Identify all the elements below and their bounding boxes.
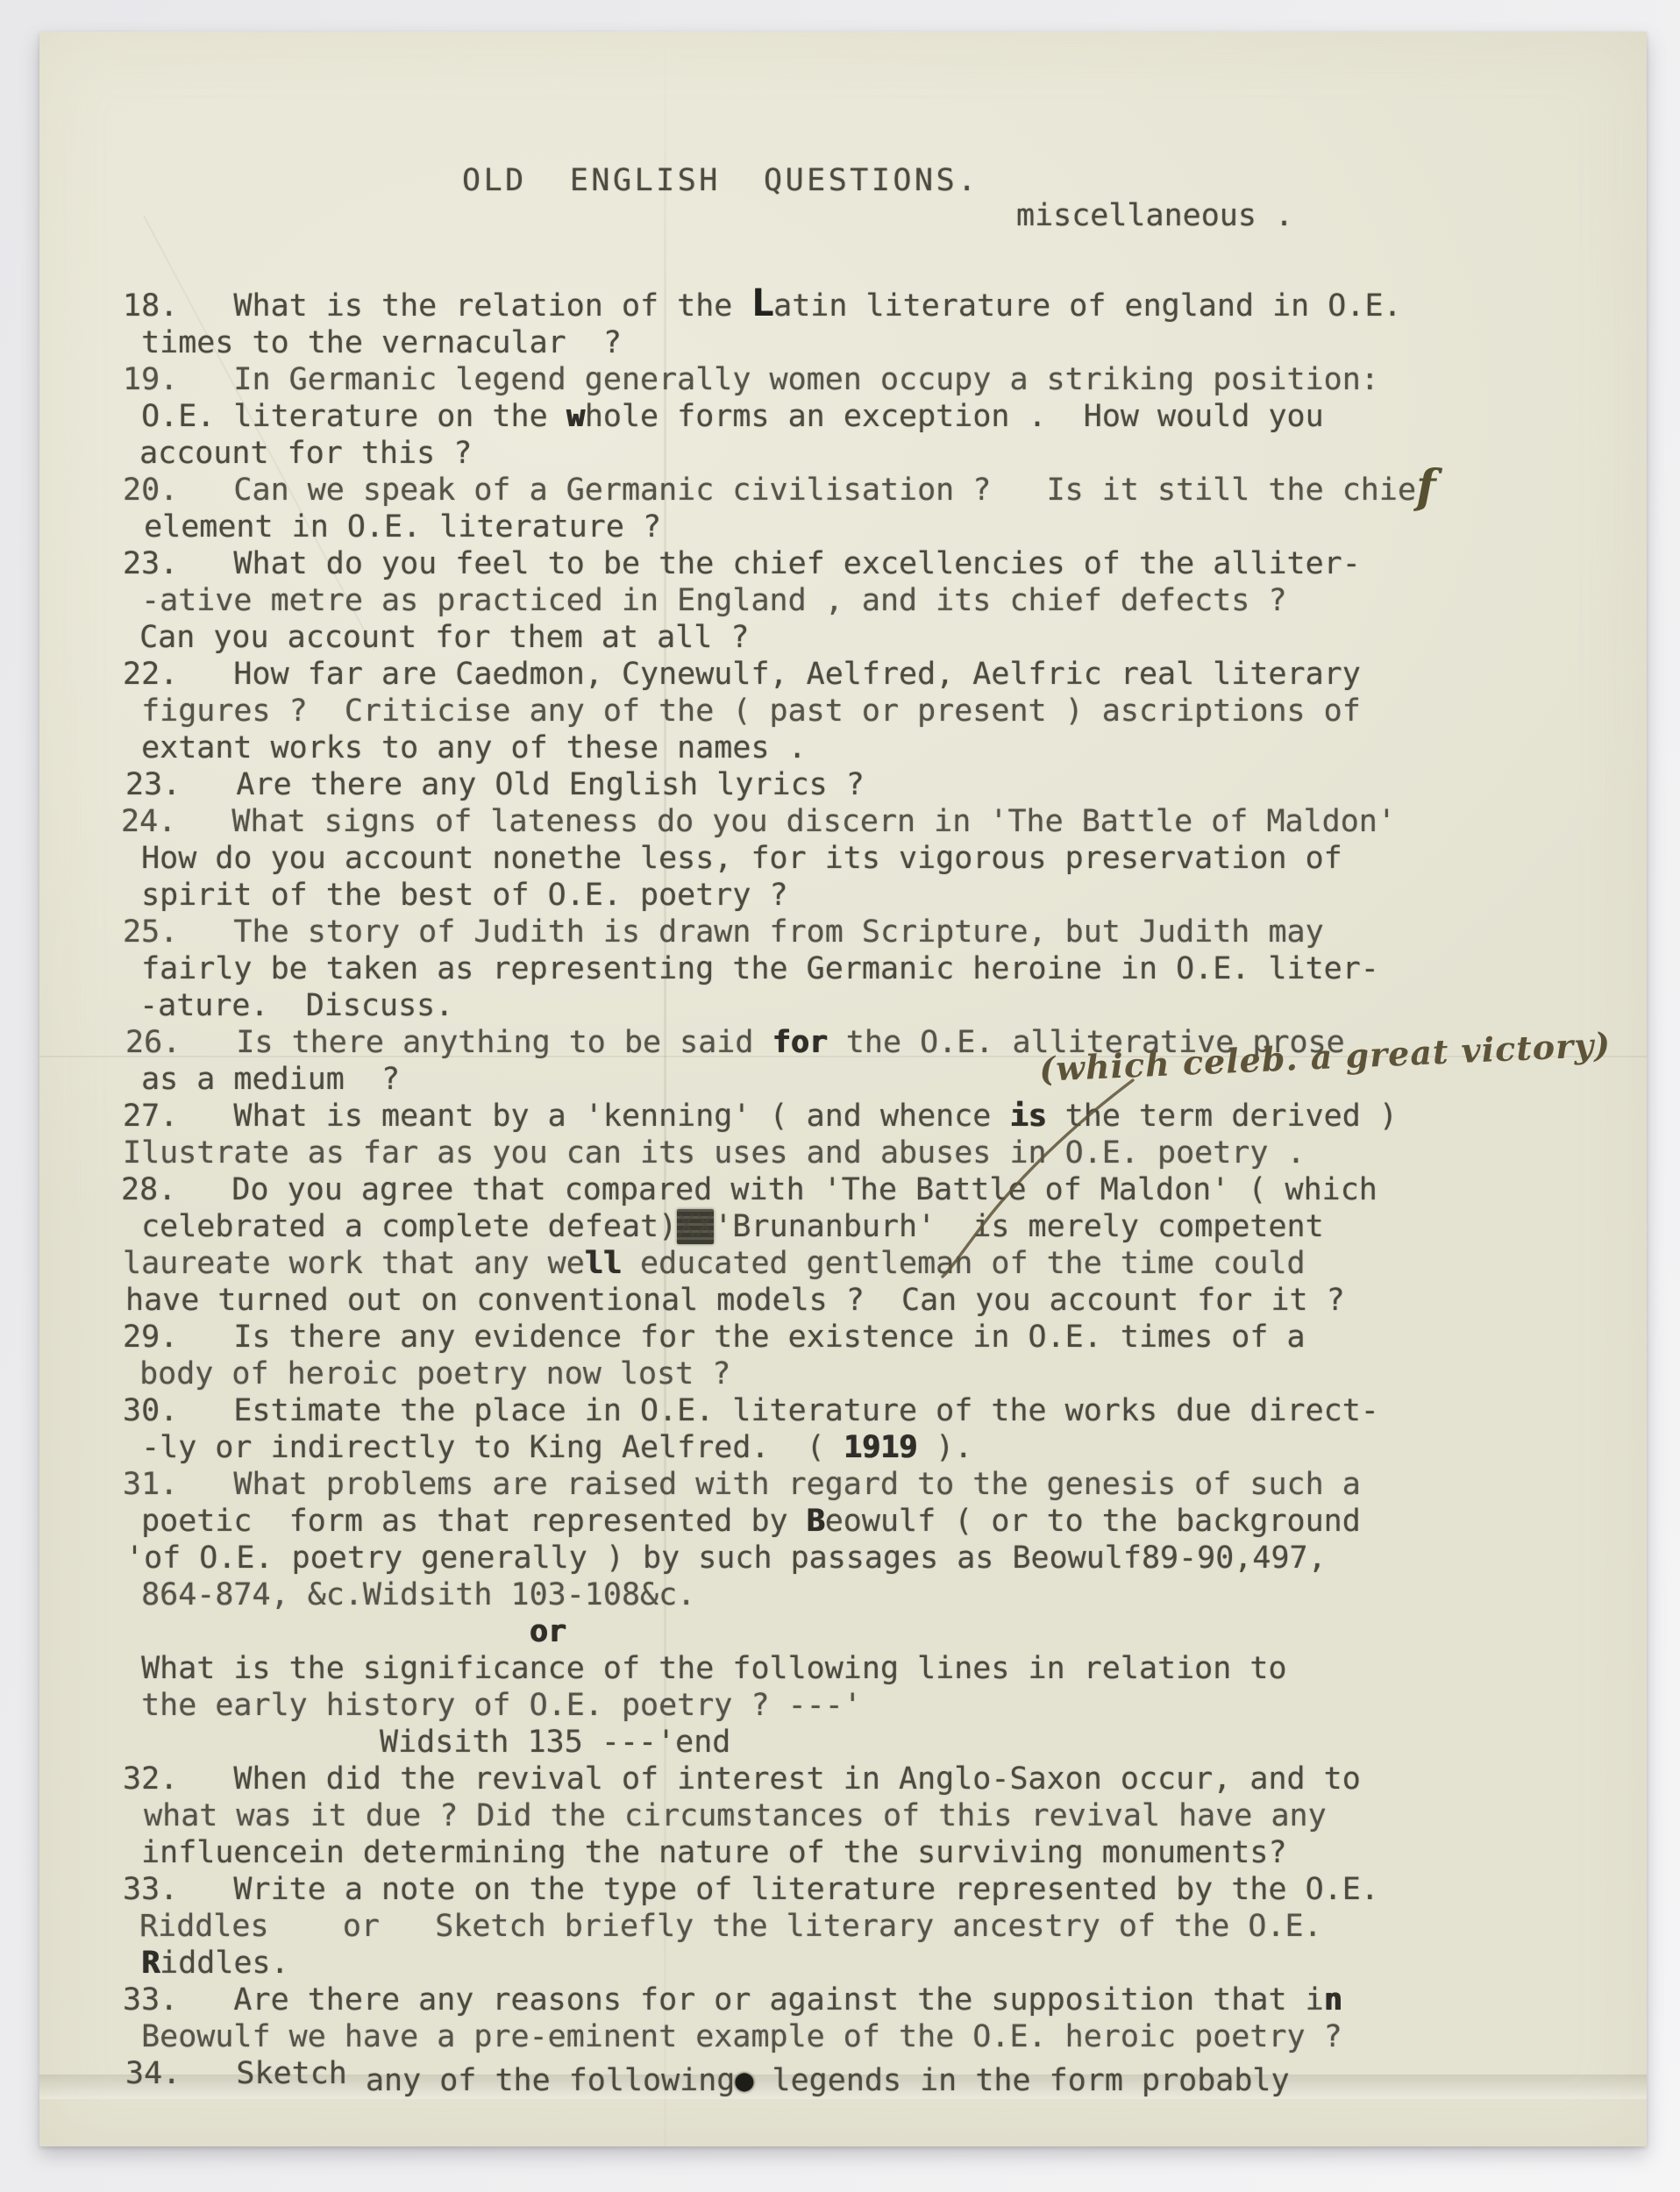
typed-segment-drop: legends in the form probably bbox=[753, 2062, 1289, 2099]
typed-line: O.E. literature on the whole forms an ex… bbox=[123, 398, 1436, 435]
typed-segment: celebrated a complete defeat) bbox=[123, 1209, 677, 1244]
typed-line: 20. Can we speak of a Germanic civilisat… bbox=[123, 472, 1436, 509]
document-title: OLD ENGLISH QUESTIONS. bbox=[462, 163, 979, 198]
typed-line: Beowulf we have a pre-eminent example of… bbox=[123, 2018, 1436, 2055]
typed-line: 24. What signs of lateness do you discer… bbox=[121, 803, 1434, 840]
typed-segment: eowulf ( or to the background bbox=[825, 1504, 1361, 1539]
typed-line: -ly or indirectly to King Aelfred. ( 191… bbox=[123, 1429, 1436, 1466]
typed-segment: 34. Sketch bbox=[125, 2056, 347, 2091]
typed-segment: 24. What signs of lateness do you discer… bbox=[121, 804, 1396, 839]
typed-segment: Can you account for them at all ? bbox=[121, 620, 749, 655]
typed-segment-blob: ● bbox=[735, 2062, 753, 2099]
typed-line: 34. Sketch any of the following● legends… bbox=[125, 2055, 1439, 2092]
typed-line: 28. Do you agree that compared with 'The… bbox=[121, 1171, 1434, 1208]
typed-segment-redact: XX bbox=[677, 1209, 714, 1244]
typed-line: poetic form as that represented by Beowu… bbox=[123, 1503, 1436, 1540]
typed-segment-ov: is bbox=[1009, 1099, 1046, 1134]
typed-segment: is merely competent bbox=[936, 1209, 1324, 1244]
typed-line: influencein determining the nature of th… bbox=[123, 1834, 1436, 1871]
typed-line: -ature. Discuss. bbox=[121, 987, 1434, 1024]
typed-segment-ov: R bbox=[141, 1946, 160, 1981]
typed-line: Widsith 135 ---'end bbox=[121, 1724, 1434, 1761]
typed-line: body of heroic poetry now lost ? bbox=[121, 1356, 1434, 1392]
typed-segment-ov: for bbox=[772, 1025, 828, 1060]
typed-segment: 33. Are there any reasons for or against… bbox=[123, 1982, 1324, 2018]
typed-segment: 'Brunanburh' bbox=[714, 1209, 936, 1244]
typed-line: Riddles. bbox=[123, 1945, 1436, 1982]
typed-segment bbox=[123, 1614, 530, 1649]
typed-line: 19. In Germanic legend generally women o… bbox=[123, 361, 1436, 398]
typed-line: Riddles or Sketch briefly the literary a… bbox=[121, 1908, 1434, 1945]
typed-segment: 19. In Germanic legend generally women o… bbox=[123, 362, 1379, 397]
typed-line: 23. What do you feel to be the chief exc… bbox=[123, 545, 1436, 582]
typed-line: What is the significance of the followin… bbox=[123, 1650, 1436, 1687]
typed-segment: 29. Is there any evidence for the existe… bbox=[123, 1320, 1306, 1355]
typed-segment: 33. Write a note on the type of literatu… bbox=[123, 1872, 1379, 1907]
typed-segment: -ly or indirectly to King Aelfred. ( bbox=[123, 1430, 844, 1465]
typed-text-block: 18. What is the relation of the Latin li… bbox=[123, 288, 1436, 2092]
typed-segment: the early history of O.E. poetry ? ---' bbox=[123, 1688, 862, 1723]
typed-segment: iddles. bbox=[160, 1946, 289, 1981]
typed-line: 32. When did the revival of interest in … bbox=[123, 1761, 1436, 1797]
typed-segment: 22. How far are Caedmon, Cynewulf, Aelfr… bbox=[123, 657, 1361, 692]
typed-segment: 30. Estimate the place in O.E. literatur… bbox=[123, 1393, 1379, 1428]
typed-line: laureate work that any well educated gen… bbox=[123, 1245, 1436, 1282]
typed-segment-drop: any of the following bbox=[347, 2062, 736, 2099]
typed-line: celebrated a complete defeat)XX'Brunanbu… bbox=[123, 1208, 1436, 1245]
typed-segment: Widsith 135 ---'end bbox=[121, 1725, 730, 1760]
typed-segment: 32. When did the revival of interest in … bbox=[123, 1761, 1361, 1797]
typed-segment: educated gentleman of the time could bbox=[622, 1246, 1306, 1281]
typed-line: How do you account nonethe less, for its… bbox=[123, 840, 1436, 877]
typed-line: 30. Estimate the place in O.E. literatur… bbox=[123, 1392, 1436, 1429]
typed-segment-ov: w bbox=[566, 399, 585, 434]
typed-segment: 20. Can we speak of a Germanic civilisat… bbox=[123, 473, 1416, 508]
typed-line: 25. The story of Judith is drawn from Sc… bbox=[123, 914, 1436, 950]
typed-line: 'of O.E. poetry generally ) by such pass… bbox=[125, 1540, 1439, 1576]
typed-segment-ov2: L bbox=[751, 281, 773, 325]
typed-line: element in O.E. literature ? bbox=[125, 509, 1439, 545]
typed-segment: 23. What do you feel to be the chief exc… bbox=[123, 546, 1361, 581]
typed-segment: ). bbox=[917, 1430, 972, 1465]
typed-segment: account for this ? bbox=[121, 436, 472, 471]
typed-segment: figures ? Criticise any of the ( past or… bbox=[123, 694, 1361, 729]
typed-segment: How do you account nonethe less, for its… bbox=[123, 841, 1342, 876]
typed-segment: laureate work that any we bbox=[123, 1246, 585, 1281]
typed-segment: atin literature of england in O.E. bbox=[773, 288, 1401, 324]
typed-line: 29. Is there any evidence for the existe… bbox=[123, 1319, 1436, 1356]
typed-line: extant works to any of these names . bbox=[123, 729, 1436, 766]
typed-segment: 864-874, &c.Widsith 103-108&c. bbox=[123, 1577, 695, 1612]
typed-line: 18. What is the relation of the Latin li… bbox=[123, 288, 1436, 324]
typed-line: 23. Are there any Old English lyrics ? bbox=[125, 766, 1439, 803]
typed-segment: poetic form as that represented by bbox=[123, 1504, 807, 1539]
typed-segment-ink: f bbox=[1416, 460, 1436, 514]
typed-segment: -ature. Discuss. bbox=[121, 988, 453, 1023]
typed-line: Can you account for them at all ? bbox=[121, 619, 1434, 656]
typed-line: 864-874, &c.Widsith 103-108&c. bbox=[123, 1576, 1436, 1613]
typed-segment: as a medium ? bbox=[123, 1062, 400, 1097]
typed-segment: 'of O.E. poetry generally ) by such pass… bbox=[125, 1541, 1327, 1576]
typed-line: the early history of O.E. poetry ? ---' bbox=[123, 1687, 1436, 1724]
typed-segment: times to the vernacular ? bbox=[123, 325, 622, 360]
document-subtitle: miscellaneous . bbox=[1016, 198, 1293, 233]
typed-segment: extant works to any of these names . bbox=[123, 730, 807, 765]
typed-line: 27. What is meant by a 'kenning' ( and w… bbox=[123, 1098, 1436, 1135]
typed-segment: body of heroic poetry now lost ? bbox=[121, 1356, 730, 1391]
typed-segment: -ative metre as practiced in England , a… bbox=[123, 583, 1287, 618]
typed-segment: what was it due ? Did the circumstances … bbox=[125, 1798, 1327, 1833]
typed-line: 33. Write a note on the type of literatu… bbox=[123, 1871, 1436, 1908]
typed-segment: 27. What is meant by a 'kenning' ( and w… bbox=[123, 1099, 1009, 1134]
document-page: OLD ENGLISH QUESTIONS. miscellaneous . 1… bbox=[39, 32, 1647, 2146]
typed-line: times to the vernacular ? bbox=[123, 324, 1436, 361]
typed-segment: have turned out on conventional models ?… bbox=[125, 1283, 1345, 1318]
typed-segment-ov: ll bbox=[585, 1246, 622, 1281]
typed-segment bbox=[123, 1946, 141, 1981]
typed-line: 31. What problems are raised with regard… bbox=[123, 1466, 1436, 1503]
typed-segment: 18. What is the relation of the bbox=[123, 288, 751, 324]
typed-line: 22. How far are Caedmon, Cynewulf, Aelfr… bbox=[123, 656, 1436, 693]
typed-line: or bbox=[123, 1613, 1436, 1650]
typed-segment: 31. What problems are raised with regard… bbox=[123, 1467, 1361, 1502]
typed-segment: Riddles or Sketch briefly the literary a… bbox=[121, 1909, 1322, 1944]
typed-segment: O.E. literature on the bbox=[123, 399, 566, 434]
typed-segment: 23. Are there any Old English lyrics ? bbox=[125, 767, 865, 802]
typed-line: Ilustrate as far as you can its uses and… bbox=[123, 1135, 1436, 1171]
photo-background: OLD ENGLISH QUESTIONS. miscellaneous . 1… bbox=[0, 0, 1680, 2192]
typed-line: 33. Are there any reasons for or against… bbox=[123, 1982, 1436, 2018]
typed-segment: hole forms an exception . How would you bbox=[585, 399, 1324, 434]
typed-segment: 28. Do you agree that compared with 'The… bbox=[121, 1172, 1377, 1207]
typed-segment: What is the significance of the followin… bbox=[123, 1651, 1287, 1686]
typed-line: spirit of the best of O.E. poetry ? bbox=[123, 877, 1436, 914]
typed-segment: the term derived ) bbox=[1047, 1099, 1398, 1134]
typed-line: figures ? Criticise any of the ( past or… bbox=[123, 693, 1436, 729]
typed-segment: influencein determining the nature of th… bbox=[123, 1835, 1287, 1870]
typed-line: -ative metre as practiced in England , a… bbox=[123, 582, 1436, 619]
typed-segment: Beowulf we have a pre-eminent example of… bbox=[123, 2019, 1342, 2054]
typed-segment: 25. The story of Judith is drawn from Sc… bbox=[123, 915, 1324, 950]
typed-segment-ov: n bbox=[1324, 1982, 1342, 2018]
typed-segment-ov: B bbox=[807, 1504, 825, 1539]
typed-segment: 26. Is there anything to be said bbox=[125, 1025, 772, 1060]
typed-segment-ov: 1919 bbox=[844, 1430, 917, 1465]
typed-line: fairly be taken as representing the Germ… bbox=[123, 950, 1436, 987]
typed-line: what was it due ? Did the circumstances … bbox=[125, 1797, 1439, 1834]
typed-line: account for this ? bbox=[121, 435, 1434, 472]
typed-segment: fairly be taken as representing the Germ… bbox=[123, 951, 1379, 986]
typed-segment: spirit of the best of O.E. poetry ? bbox=[123, 878, 788, 913]
typed-segment: element in O.E. literature ? bbox=[125, 509, 661, 544]
typed-segment: Ilustrate as far as you can its uses and… bbox=[123, 1135, 1306, 1171]
typed-segment-ov: or bbox=[530, 1614, 566, 1649]
typed-line: have turned out on conventional models ?… bbox=[125, 1282, 1439, 1319]
